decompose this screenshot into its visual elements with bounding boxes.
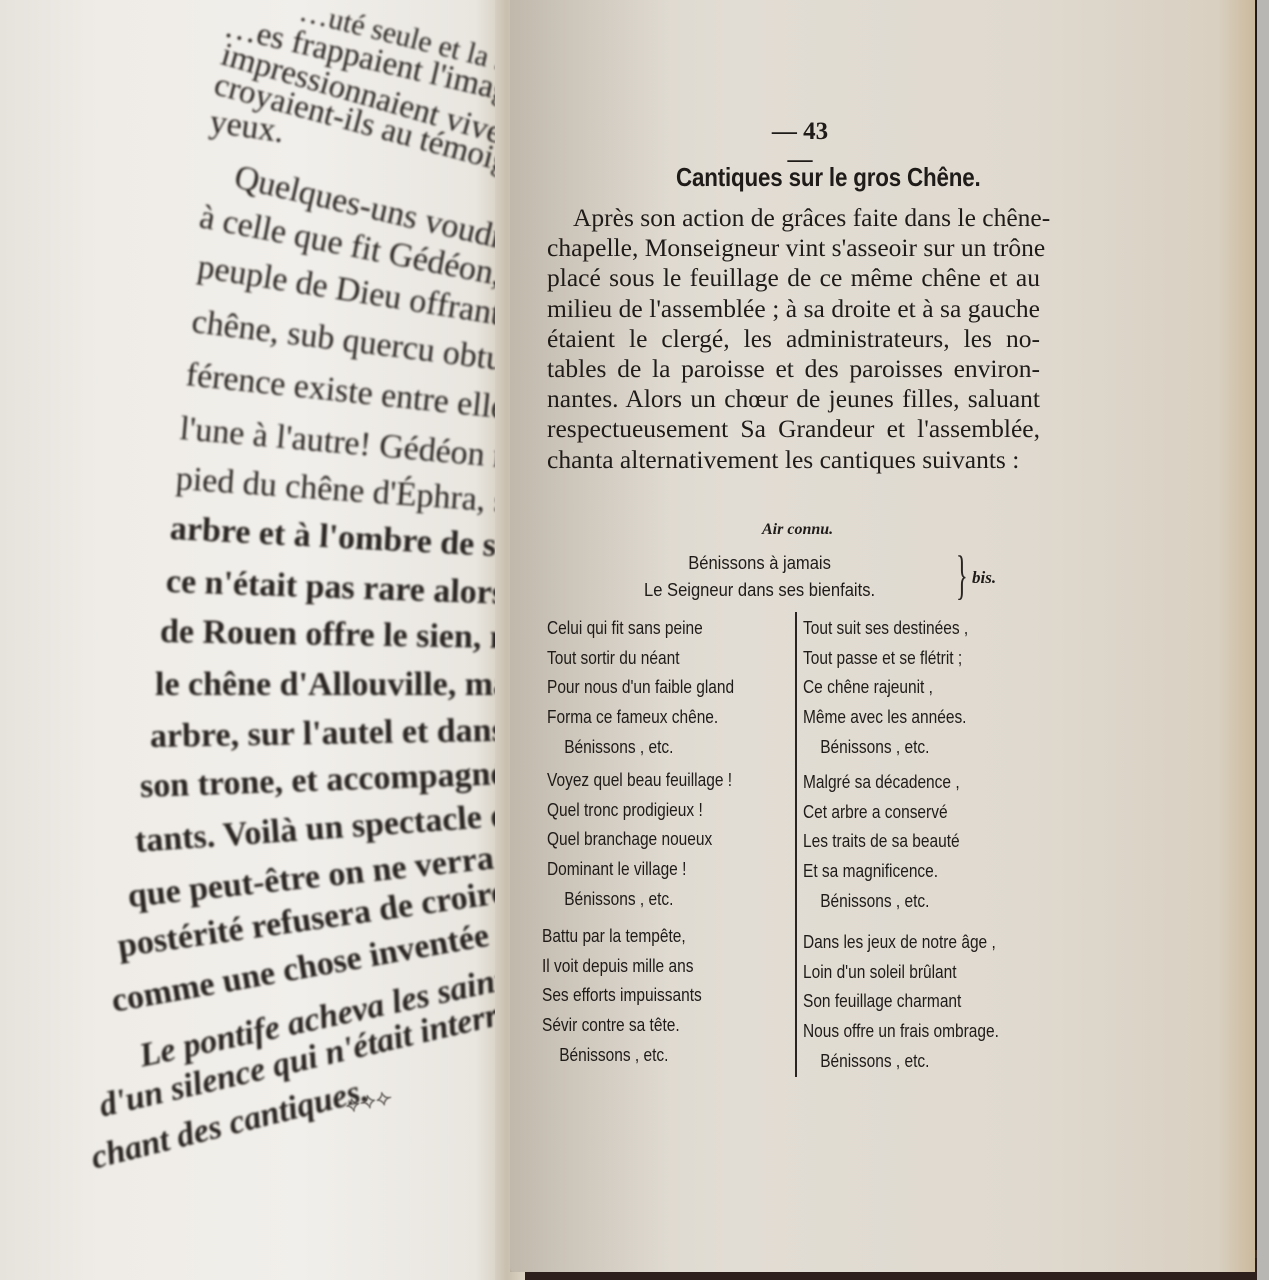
verse-line: Quel branchage noueux [547, 825, 732, 855]
verse-line: Tout sortir du néant [547, 644, 734, 674]
book-photo: …uté seule et la singu… …es frappaient l… [0, 0, 1269, 1280]
verse-line: Voyez quel beau feuillage ! [547, 766, 732, 796]
stanza-left-3: Battu par la tempête, Il voit depuis mil… [542, 922, 702, 1071]
verse-line: Pour nous d'un faible gland [547, 673, 734, 703]
prose-line: chanta alternativement les cantiques sui… [547, 445, 1040, 475]
right-page-text: — 43 — Cantiques sur le gros Chêne. Aprè… [0, 0, 1269, 1280]
verse-line: Nous offre un frais ombrage. [803, 1017, 999, 1047]
repeat-mark: bis. [972, 568, 996, 588]
verse-line: Dominant le village ! [547, 855, 732, 885]
prose-line: placé sous le feuillage de ce même chêne… [547, 263, 1040, 293]
column-divider [795, 612, 797, 1077]
prose-line: chapelle, Monseigneur vint s'asseoir sur… [547, 233, 1040, 263]
verse-line: Battu par la tempête, [542, 922, 702, 952]
prose-paragraph: Après son action de grâces faite dans le… [547, 203, 1040, 475]
verse-line: Les traits de sa beauté [803, 827, 960, 857]
refrain-line: Le Seigneur dans ses bienfaits. [644, 577, 875, 604]
verse-line: Loin d'un soleil brûlant [803, 958, 999, 988]
verse-line: Celui qui fit sans peine [547, 614, 734, 644]
verse-line: Ses efforts impuissants [542, 981, 702, 1011]
verse-refrain: Bénissons , etc. [803, 887, 960, 917]
prose-line: tables de la paroisse et des paroisses e… [547, 354, 1040, 384]
verse-line: Dans les jeux de notre âge , [803, 928, 999, 958]
stanza-right-2: Malgré sa décadence , Cet arbre a conser… [803, 768, 960, 917]
prose-line: respectueusement Sa Grandeur et l'assemb… [547, 414, 1040, 444]
verse-refrain: Bénissons , etc. [803, 1047, 999, 1077]
verse-line: Même avec les années. [803, 703, 968, 733]
stanza-right-3: Dans les jeux de notre âge , Loin d'un s… [803, 928, 999, 1077]
verse-refrain: Bénissons , etc. [547, 733, 734, 763]
brace-icon: } [956, 548, 968, 602]
refrain-line: Bénissons à jamais [644, 550, 875, 577]
refrain: Bénissons à jamais Le Seigneur dans ses … [644, 550, 875, 604]
stanza-left-1: Celui qui fit sans peine Tout sortir du … [547, 614, 734, 763]
section-title: Cantiques sur le gros Chêne. [676, 162, 981, 193]
verse-refrain: Bénissons , etc. [547, 885, 732, 915]
verse-line: Tout suit ses destinées , [803, 614, 968, 644]
prose-line: Après son action de grâces faite dans le… [547, 203, 1040, 233]
verse-line: Quel tronc prodigieux ! [547, 796, 732, 826]
verse-line: Sévir contre sa tête. [542, 1011, 702, 1041]
verse-line: Malgré sa décadence , [803, 768, 960, 798]
verse-refrain: Bénissons , etc. [803, 733, 968, 763]
verse-line: Il voit depuis mille ans [542, 952, 702, 982]
verse-line: Cet arbre a conservé [803, 798, 960, 828]
stanza-left-2: Voyez quel beau feuillage ! Quel tronc p… [547, 766, 732, 915]
verse-refrain: Bénissons , etc. [542, 1041, 702, 1071]
verse-line: Et sa magnificence. [803, 857, 960, 887]
verse-line: Tout passe et se flétrit ; [803, 644, 968, 674]
verse-line: Forma ce fameux chêne. [547, 703, 734, 733]
prose-line: étaient le clergé, les administrateurs, … [547, 324, 1040, 354]
prose-line: nantes. Alors un chœur de jeunes filles,… [547, 384, 1040, 414]
stanza-right-1: Tout suit ses destinées , Tout passe et … [803, 614, 968, 763]
prose-line: milieu de l'assemblée ; à sa droite et à… [547, 294, 1040, 324]
air-label: Air connu. [762, 521, 833, 539]
verse-line: Son feuillage charmant [803, 987, 999, 1017]
verse-line: Ce chêne rajeunit , [803, 673, 968, 703]
